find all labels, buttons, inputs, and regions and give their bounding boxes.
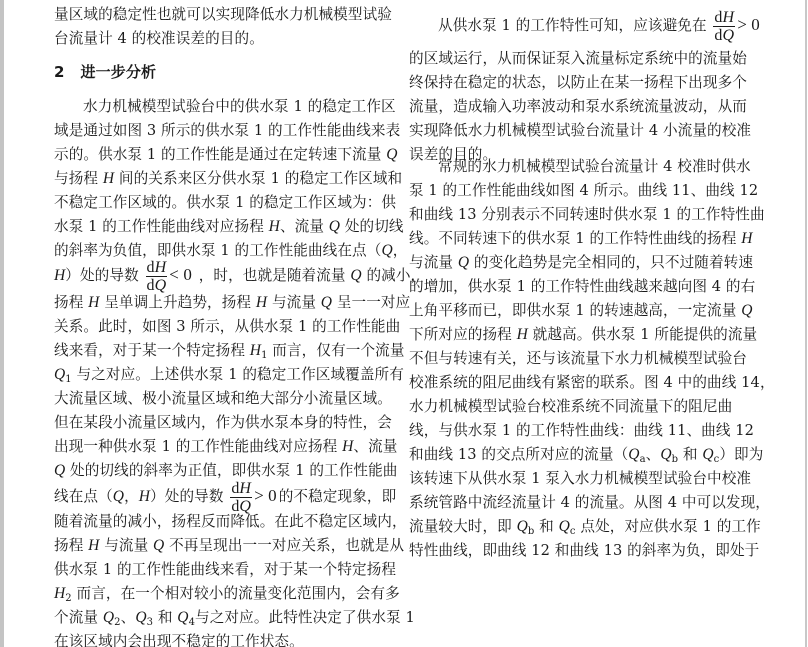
text-line: 水力机械模型试验台校准系统不同流量下的阻尼曲 [409,395,732,419]
derivative-dH-dQ: dHdQ [713,9,735,44]
text-line: 大流量区域、极小流量区域和绝大部分小流量区域。 [54,387,392,411]
text-line: 的区域运行，从而保证泵入流量标定系统中的流量始 [409,47,747,71]
text-line: 随着流量的减小，扬程反而降低。在此不稳定区域内， [54,510,407,534]
text-line: 流量，造成输入功率波动和泵水系统流量波动，从而 [409,95,747,119]
text-line: 特性曲线，即曲线 12 和曲线 13 的斜率为负，即处于 [409,539,759,563]
text-line: 终保持在稳定的状态，以防止在某一扬程下出现多个 [409,71,747,95]
text-line: 个流量 Q2、Q3 和 Q4与之对应。此特性决定了供水泵 1 [54,606,415,630]
text-line: 与流量 Q 的变化趋势是完全相同的，只不过随着转速 [409,251,753,275]
text-line: 线，与供水泵 1 的工作特性曲线：曲线 11、曲线 12 [409,419,754,443]
section-number: 2 [54,63,65,81]
text-line: 的增加，供水泵 1 的工作特性曲线越来越向图 4 的右 [409,275,755,299]
text-line: 但在某段小流量区域内，作为供水泵本身的特性，会 [54,411,392,435]
text-line: 流量较大时，即 Qb 和 Qc 点处，对应供水泵 1 的工作 [409,515,761,539]
section-heading: 2进一步分析 [54,60,156,84]
text-line: 水力机械模型试验台中的供水泵 1 的稳定工作区 [54,95,396,119]
text-line: 关系。此时，如图 3 所示，从供水泵 1 的工作性能曲 [54,315,400,339]
text-line: H）处的导数 dHdQ< 0 ，时，也就是随着流量 Q 的减小， [54,255,425,295]
text-line: 和曲线 13 分别表示不同转速时供水泵 1 的工作特性曲 [409,203,765,227]
viewer-left-margin [0,0,4,647]
text-line: 域是通过如图 3 所示的供水泵 1 的工作性能曲线来表 [54,119,400,143]
text-line: 和曲线 13 的交点所对应的流量（Qa、Qb 和 Qc）即为 [409,443,763,467]
text-line: 下所对应的扬程 H 就越高。供水泵 1 所能提供的流量 [409,323,757,347]
text-line: Q1 与之对应。上述供水泵 1 的稳定工作区域覆盖所有 [54,363,404,387]
text-line: 扬程 H 与流量 Q 不再呈现出一一对应关系，也就是从 [54,534,404,558]
text-line: 水泵 1 的工作性能曲线对应扬程 H、流量 Q 处的切线 [54,215,404,239]
text-line: 常规的水力机械模型试验台流量计 4 校准时供水 [409,155,751,179]
text-line: 实现降低水力机械模型试验台流量计 4 小流量的校准 [409,119,751,143]
text-line: 泵 1 的工作性能曲线如图 4 所示。曲线 11、曲线 12 [409,179,758,203]
text-line: 台流量计 4 的校准误差的目的。 [54,27,264,51]
derivative-dH-dQ: dHdQ [146,259,168,294]
text-line: 在该区域内会出现不稳定的工作状态。 [54,630,304,647]
text-line: 出现一种供水泵 1 的工作性能曲线对应扬程 H、流量 [54,435,398,459]
text-line: 上角平移而已，即供水泵 1 的转速越高，一定流量 Q [409,299,752,323]
text-line: 供水泵 1 的工作性能曲线来看，对于某一个特定扬程 [54,558,396,582]
text-line: 线来看，对于某一个特定扬程 H1 而言，仅有一个流量 [54,339,405,363]
text-line: 线。不同转速下的供水泵 1 的工作特性曲线的扬程 H [409,227,752,251]
text-line: 扬程 H 呈单调上升趋势，扬程 H 与流量 Q 呈一一对应 [54,291,410,315]
section-title: 进一步分析 [81,63,157,81]
text-line: 不但与转速有关，还与该流量下水力机械模型试验台 [409,347,747,371]
text-line: 与扬程 H 间的关系来区分供水泵 1 的稳定工作区域和 [54,167,402,191]
text-line: 从供水泵 1 的工作特性可知，应该避免在 dHdQ> 0 [409,5,762,45]
viewer-right-edge [805,0,807,647]
text-line: H2 而言，在一个相对较小的流量变化范围内，会有多 [54,582,400,606]
text-line: 系统管路中流经流量计 4 的流量。从图 4 中可以发现， [409,491,770,515]
text-line: 量区域的稳定性也就可以实现降低水力机械模型试验 [54,3,392,27]
text-line: 该转速下从供水泵 1 泵入水力机械模型试验台中校准 [409,467,751,491]
text-line: 示的。供水泵 1 的工作性能是通过在定转速下流量 Q [54,143,397,167]
text-line: 不稳定工作区域的。供水泵 1 的稳定工作区域为：供 [54,191,396,215]
text-line: 校准系统的阻尼曲线有紧密的联系。图 4 中的曲线 14， [409,371,775,395]
